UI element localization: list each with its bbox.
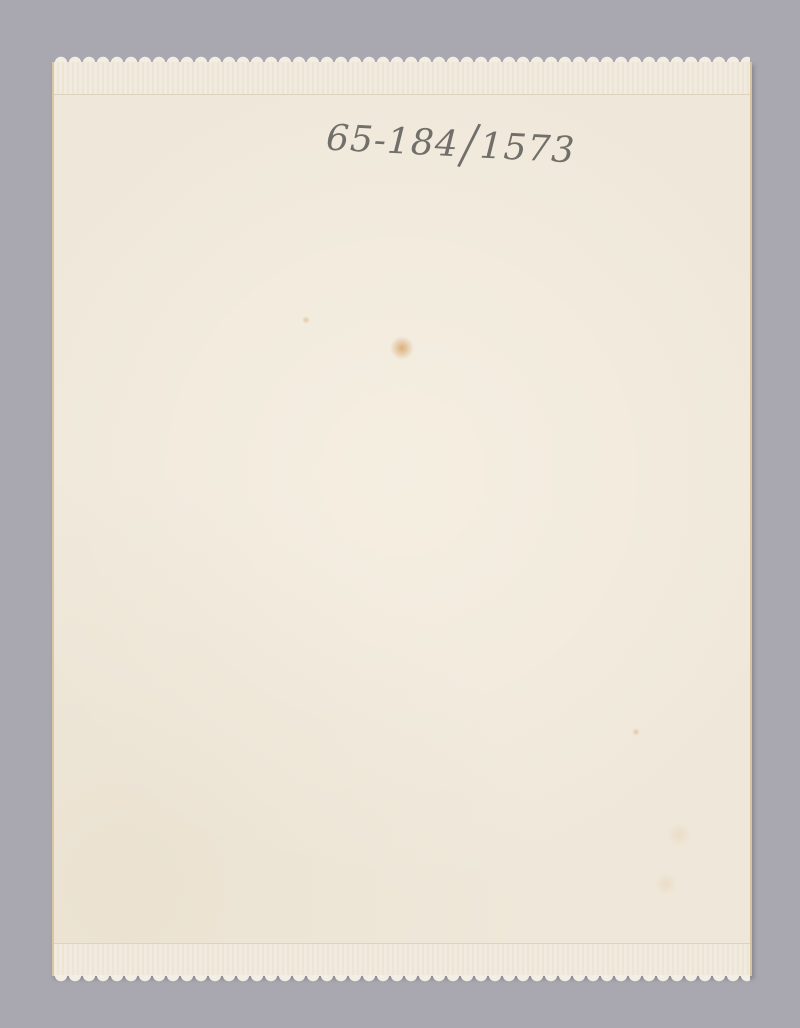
foxing-stain: [632, 728, 640, 736]
inscription-number-1: 65-184: [325, 118, 460, 166]
foxing-stain: [302, 316, 310, 324]
foxing-stain: [666, 822, 692, 848]
foxing-stain: [654, 872, 678, 896]
pencil-inscription: 65-184/1573: [325, 118, 576, 172]
card-back: 65-184/1573: [52, 62, 752, 976]
foxing-stain: [390, 336, 414, 360]
scalloped-edge-bottom: [54, 975, 750, 983]
embossed-border-top: [54, 62, 750, 95]
embossed-border-bottom: [54, 943, 750, 976]
inscription-separator: /: [458, 111, 480, 179]
inscription-number-2: 1573: [479, 126, 577, 172]
